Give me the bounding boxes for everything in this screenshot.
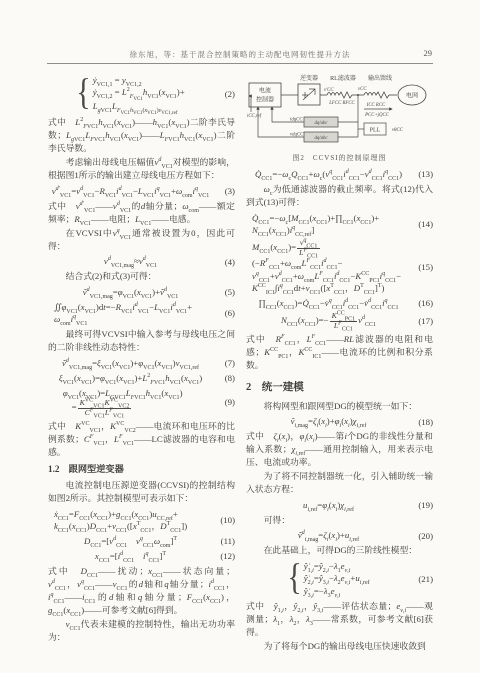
power-label: PCC+jQCC [364,113,390,118]
equation: ṽdi,mag=ζi(xi)+ui,ref(20) [246,529,433,542]
equation-number: (13) [418,168,433,181]
equation-body: ŷ̇1,i=ŷ2,i−λ1ev,iŷ̇2,i=ŷ3,i−λ2ev,i+ui,re… [304,560,370,598]
paragraph: 式中 ζi(xi)，φi(xi)——第i个DG的非线性分量和输入系数；χi,re… [246,430,433,469]
equation: NCC1(xCC1)=−KCCPC1LFCC1vdCC1(17) [246,312,433,330]
equation-number: (9) [225,396,235,409]
equation-number: (12) [220,550,235,563]
equation: ∬φVC1(xVC1)dt=−RVC1idVC1−LVC1idVC1+ωcomi… [48,301,235,326]
equation-number: (19) [418,499,433,512]
equation-body: ṽdVC1,mag=φVC1(xVC1)+ṽdVC1 [83,286,179,299]
equation: ẋCC1=FCC1(xCC1)+gCC1(xCC1)uCC,ref+kCC1(x… [48,508,235,533]
equation-body: vdVC1,mag≈vdVC1 [104,255,157,268]
equation-number: (8) [225,372,235,385]
paper-page: 徐东旭，等：基于混合控制策略的主动配电网韧性提升方法 29 {ẏVC1,1 = … [0,0,480,673]
paragraph: 式中 vd′VC1——vdVC1的d轴分量；ωcom——额定频率；RVC1——电… [48,200,235,226]
equation-body: MCC1(xCC1)=vqCC1LFCC1(−RFCC1+ωcomLFCC1id… [252,239,411,295]
equation: DCC1=[vdCC1 vqCC1ωcom]T(11) [48,535,235,548]
equation-brace: { [76,86,90,102]
equation-number: (16) [418,297,433,310]
line-ir-label: ICC RCC [366,103,386,108]
paragraph: 电流控制电压源逆变器(CCVSI)的控制结构如图2所示。其控制模型可表示如下： [48,479,235,505]
equation-number: (21) [418,572,433,585]
paragraph: 式中 ŷ1,i，ŷ2,i，ŷ3,i——评估状态量；ev,i——观测量；λ1，λ2… [246,600,433,639]
equation-body: ∏CC1(xCC1)=Q̇CC1−v̇qCC1idCC1−v̇dCC1iqCC1 [258,297,398,310]
inverter-label: 逆变器 [300,74,318,82]
equation-number: (6) [225,307,235,320]
section-heading: 1.2 跟网型逆变器 [48,463,235,476]
equation-body: ṽi,mag=ζi(xi)+φi(xi)χi,ref [291,415,367,428]
equation: ui,ref=φi(xi)χi,ref(19) [246,499,433,512]
page-number: 29 [424,48,433,58]
equation-number: (17) [418,315,433,328]
equation-body: DCC1=[vdCC1 vqCC1ωcom]T [84,535,177,548]
equation-number: (15) [418,261,433,274]
equation: {ẏVC1,1 = yVC1,2ẏVC1,2 = L2FVC1hVC1(xVC1… [48,74,235,114]
paragraph: 在此基础上，可得DG的三阶线性模型： [246,544,433,557]
current-controller-label-2: 控制器 [256,96,274,104]
equation: {ŷ̇1,i=ŷ2,i−λ1ev,iŷ̇2,i=ŷ3,i−λ2ev,i+ui,r… [246,560,433,598]
equation-body: ṽdVC1,mag=ξVC1(xVC1)+φVC1(xVC1)vVC1,ref [62,357,199,370]
feeder-symbol [364,92,389,98]
dq-abc-bottom-label: dq/abc [314,136,328,141]
equation: vdVC1,mag≈vdVC1(4) [48,255,235,268]
equation-number: (20) [418,529,433,542]
igbt-symbol [302,89,315,100]
right-column: 电流 控制器 逆变器 RL滤波器 v′CC LFCC RFCC vCC 输出馈线 [246,71,433,654]
paragraph: ωc为低通滤波器的截止频率。将式(12)代入到式(13)可得： [246,183,433,209]
right-column-blocks: Q̇CC1=−ωcQCC1+ωc(vqCC1idCC1−vdCC1iqCC1)(… [246,168,433,653]
equation-body: vd′VC1=vdVC1−RVC1idVC1−LVC1iqVC1+ωcomiqV… [52,185,210,198]
paragraph: 最终可得VCVSI中输入参考与母线电压之间的二阶非线性动态特性： [48,328,235,354]
equation: ∏CC1(xCC1)=Q̇CC1−v̇qCC1idCC1−v̇dCC1iqCC1… [246,297,433,310]
current-controller-label-1: 电流 [259,87,271,95]
paragraph: 结合式(2)和式(3)可得： [48,270,235,283]
figure-caption: 图2 CCVSI的控制原理图 [246,152,433,165]
paragraph: 为了将不同控制器统一化，引入辅助统一输入状态方程： [246,470,433,496]
paragraph: 式中 RFCC1，LFCC1——RL滤波器的电阻和电感；KCCPC1，KCCIC… [246,333,433,372]
paragraph: 考虑输出母线电压幅值vdVC1对模型的影响，根据图1所示的输出建立母线电压方程如… [48,156,235,182]
equation: xCC1=[idCC1 iqCC1]T(12) [48,550,235,563]
equation-number: (5) [225,286,235,299]
paragraph: 在VCVSI中vqVC1通常被设置为0，因此可得： [48,227,235,253]
input-ref-label: iCC,ref [247,114,262,119]
ccvsi-control-diagram: 电流 控制器 逆变器 RL滤波器 v′CC LFCC RFCC vCC 输出馈线 [246,71,433,147]
equation-body: ui,ref=φi(xi)χi,ref [303,499,354,512]
rl-filter-label: RL滤波器 [330,74,356,82]
equation-body: NCC1(xCC1)=−KCCPC1LFCC1vdCC1 [281,312,376,330]
left-column: {ẏVC1,1 = yVC1,2ẏVC1,2 = L2FVC1hVC1(xVC1… [48,71,235,645]
v-bus-label: vCC [358,87,367,92]
equation: Q̇CC1=−ωcQCC1+ωc(vqCC1idCC1−vdCC1iqCC1)(… [246,168,433,181]
equation-number: (14) [418,218,433,231]
equation: vd′VC1=vdVC1−RVC1idVC1−LVC1iqVC1+ωcomiqV… [48,185,235,198]
equation-body: ẋCC1=FCC1(xCC1)+gCC1(xCC1)uCC,ref+kCC1(x… [54,508,187,533]
pll-label: PLL [370,128,381,134]
equation-body: φVC1(xVC1)=LGVC1LFVC1hVC1(xVC1) =KVCVC1K… [54,387,183,418]
pll-output-label: vθCC [392,128,404,133]
equation-number: (18) [418,415,433,428]
equation-body: ∬φVC1(xVC1)dt=−RVC1idVC1−LVC1idVC1+ωcomi… [54,301,192,326]
equation-number: (3) [225,185,235,198]
equation-body: Q̇CC1=−ωc[MCC1(xCC1)+∏CC1(xCC1)+NCC1(xCC… [252,212,379,237]
equation: ṽi,mag=ζi(xi)+φi(xi)χi,ref(18) [246,415,433,428]
vdq-label: vdqCC [290,133,304,138]
figure-2: 电流 控制器 逆变器 RL滤波器 v′CC LFCC RFCC vCC 输出馈线 [246,71,433,165]
equation-body: ẏVC1,1 = yVC1,2ẏVC1,2 = L2FVC1hVC1(xVC1)… [93,74,185,114]
equation-brace: { [287,571,301,587]
equation: φVC1(xVC1)=LGVC1LFVC1hVC1(xVC1) =KVCVC1K… [48,387,235,418]
paragraph: 式中 DCC1——扰动；xCC1——状态向量；vdCC1，vqCC1——vCC1… [48,565,235,617]
equation-number: (11) [221,535,235,548]
equation: ṽdVC1,mag=ξVC1(xVC1)+φVC1(xVC1)vVC1,ref(… [48,357,235,370]
equation-number: (2) [225,87,235,100]
equation: Q̇CC1=−ωc[MCC1(xCC1)+∏CC1(xCC1)+NCC1(xCC… [246,212,433,237]
equation-number: (10) [220,514,235,527]
paragraph: 式中 KVCVC1，KVCVC2——电流环和电压环的比例系数；CFVC1，LFV… [48,420,235,459]
header-rule [47,63,433,64]
equation: ξVC1(xVC1)=φVC1(xVC1)+L2FVC1hVC1(xVC1)(8… [48,372,235,385]
equation-number: (4) [225,255,235,268]
equation-number: (7) [225,357,235,370]
idq-label: idqCC [290,118,303,123]
equation: MCC1(xCC1)=vqCC1LFCC1(−RFCC1+ωcomLFCC1id… [246,239,433,295]
lf-rf-label: LFCC RFCC [328,101,355,106]
feeder-label: 输出馈线 [368,74,392,82]
equation: ṽdVC1,mag=φVC1(xVC1)+ṽdVC1(5) [48,286,235,299]
paragraph: 将构网型和跟网型DG的模型统一如下： [246,400,433,413]
paragraph: 为了将每个DG的输出母线电压快速收敛到 [246,640,433,653]
equation-body: ξVC1(xVC1)=φVC1(xVC1)+L2FVC1hVC1(xVC1) [59,372,202,385]
section-heading: 2 统一建模 [246,381,433,394]
equation-body: Q̇CC1=−ωcQCC1+ωc(vqCC1idCC1−vdCC1iqCC1) [255,168,402,181]
paragraph: vCC1代表未建模的控制特性，输出无功功率为： [48,618,235,644]
paragraph: 可得： [246,514,433,527]
running-head-title: 徐东旭，等：基于混合控制策略的主动配电网韧性提升方法 [60,49,420,60]
equation-body: xCC1=[idCC1 iqCC1]T [95,550,166,563]
equation-body: ṽdi,mag=ζi(xi)+ui,ref [298,529,359,542]
paragraph: 式中 L2FVC1hVC1(xVC1)——hVC1(xVC1)二阶李氏导数；Lg… [48,116,235,155]
dq-abc-top-label: dq/abc [314,121,328,126]
grid-label: 电网 [406,92,418,100]
